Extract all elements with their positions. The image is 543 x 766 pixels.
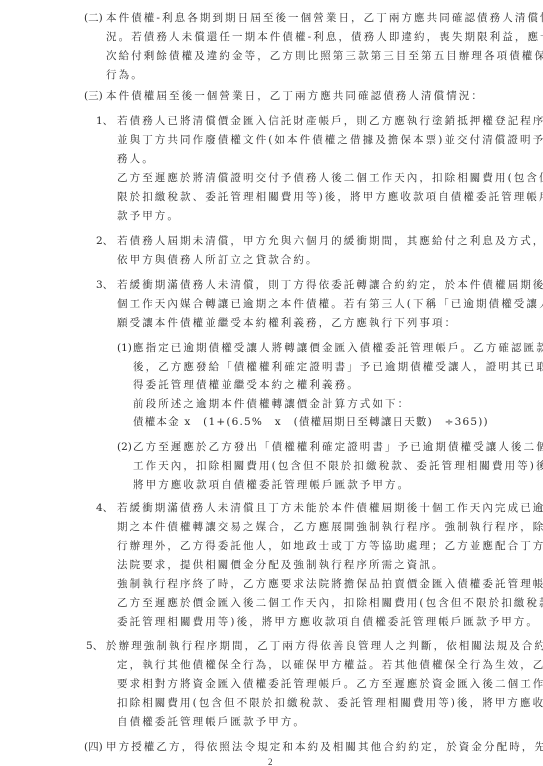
page-number: 2 (268, 757, 273, 766)
sub-2-line: 乙方至遲應於乙方發出「債權權利確定證明書」予已逾期債權受讓人後二個 (133, 440, 543, 454)
section-2-line: 況。若債務人未償還任一期本件債權-利息，債務人即違約，喪失期限利益，應一 (106, 30, 543, 44)
section-3-intro: 本件債權屆至後一個營業日，乙丁兩方應共同確認債務人清償情況： (106, 89, 484, 103)
item-1-line: 限於扣繳稅款、委託管理相關費用等)後，將甲方應收款項自債權委託管理帳戶匯 (117, 190, 543, 204)
section-3-label: (三) (84, 89, 103, 103)
item-2-label: 2、 (96, 234, 113, 248)
item-4-line: 法院要求，提供相關價金分配及強制執行程序所需之資訊。 (117, 558, 445, 572)
item-3-line: 願受讓本件債權並繼受本約權利義務，乙方應執行下列事項： (117, 316, 457, 330)
item-4-line: 乙方至遲應於價金匯入後二個工作天內，扣除相關費用(包含但不限於扣繳稅款、 (117, 596, 543, 610)
item-3-line: 個工作天內媒合轉讓已逾期之本件債權。若有第三人(下稱「已逾期債權受讓人」) (117, 297, 543, 311)
item-4-label: 4、 (96, 501, 113, 515)
item-4-line: 委託管理相關費用等)後，將甲方應收款項自債權委託管理帳戶匯款予甲方。 (117, 615, 539, 629)
item-5-line: 要求相對方將資金匯入債權委託管理帳戶。乙方至遲應於資金匯入後二個工作天內 (117, 677, 543, 691)
sub-1-label: (1) (117, 341, 132, 355)
item-4-line: 強制執行程序終了時，乙方應要求法院將擔保品拍賣價金匯入債權委託管理帳戶。 (117, 577, 543, 591)
sub-2-label: (2) (117, 440, 132, 454)
item-5-line: 扣除相關費用(包含但不限於扣繳稅款、委託管理相關費用等)後，將甲方應收款項 (117, 696, 543, 710)
sub-2-line: 工作天內，扣除相關費用(包含但不限於扣繳稅款、委託管理相關費用等)後， (133, 459, 543, 473)
section-2-line: 次給付剩餘債權及違約金等，乙方則比照第三款第三目至第五目辦理各項債權保全 (106, 49, 543, 63)
item-5-line: 自債權委託管理帳戶匯款予甲方。 (117, 715, 306, 729)
document-page: (二) 本件債權-利息各期到期日屆至後一個營業日，乙丁兩方應共同確認債務人清償情… (0, 0, 543, 766)
section-2-line: 本件債權-利息各期到期日屆至後一個營業日，乙丁兩方應共同確認債務人清償情 (106, 11, 543, 25)
item-1-line: 並與丁方共同作廢債權文件(如本件債權之借據及擔保本票)並交付清償證明予債 (117, 133, 543, 147)
item-1-line: 務人。 (117, 152, 155, 166)
item-5-line: 於辦理強制執行程序期間，乙丁兩方得依善良管理人之判斷，依相關法規及合約約 (106, 639, 543, 653)
item-5-line: 定，執行其他債權保全行為，以確保甲方權益。若其他債權保全行為生效，乙方應 (117, 658, 543, 672)
section-2-label: (二) (84, 11, 103, 25)
sub-1-line: 應指定已逾期債權受讓人將轉讓價金匯入債權委託管理帳戶。乙方確認匯款 (133, 341, 543, 355)
item-1-label: 1、 (96, 114, 113, 128)
item-1-line: 若債務人已將清償價金匯入信託財產帳戶，則乙方應執行塗銷抵押權登記程序， (117, 114, 543, 128)
item-3-label: 3、 (96, 278, 113, 292)
item-1-line: 款予甲方。 (117, 209, 180, 223)
section-4-label: (四) (84, 740, 103, 754)
item-4-line: 期之本件債權轉讓交易之媒合，乙方應展開強制執行程序。強制執行程序，除自 (117, 520, 543, 534)
sub-2-line: 將甲方應收款項自債權委託管理帳戶匯款予甲方。 (133, 478, 410, 492)
section-2-line: 行為。 (106, 68, 144, 82)
item-2-line: 依甲方與債務人所訂立之貸款合約。 (117, 253, 319, 267)
sub-1-line: 後，乙方應發給「債權權利確定證明書」予已逾期債權受讓人，證明其已取 (133, 360, 543, 374)
section-4-line: 甲方授權乙方，得依照法令規定和本約及相關其他合約約定，於資金分配時，先自 (106, 740, 543, 754)
sub-1-line: 前段所述之逾期本件債權轉讓價金計算方式如下： (133, 397, 410, 411)
item-2-line: 若債務人屆期未清償，甲方允與六個月的緩衝期間，其應給付之利息及方式，悉 (117, 234, 543, 248)
formula-line: 債權本金 x (1+(6.5% x (債權屆期日至轉讓日天數) ÷365)) (133, 415, 489, 429)
sub-1-line: 得委託管理債權並繼受本約之權利義務。 (133, 378, 360, 392)
item-5-label: 5、 (86, 639, 103, 653)
item-1-line: 乙方至遲應於將清償證明交付予債務人後二個工作天內，扣除相關費用(包含但不 (117, 171, 543, 185)
item-4-line: 行辦理外，乙方得委託他人，如地政士或丁方等協助處理；乙方並應配合丁方及 (117, 539, 543, 553)
item-3-line: 若緩衝期滿債務人未清償，則丁方得依委託轉讓合約約定，於本件債權屆期後十 (117, 278, 543, 292)
item-4-line: 若緩衝期滿債務人未清償且丁方未能於本件債權屆期後十個工作天內完成已逾 (117, 501, 543, 515)
